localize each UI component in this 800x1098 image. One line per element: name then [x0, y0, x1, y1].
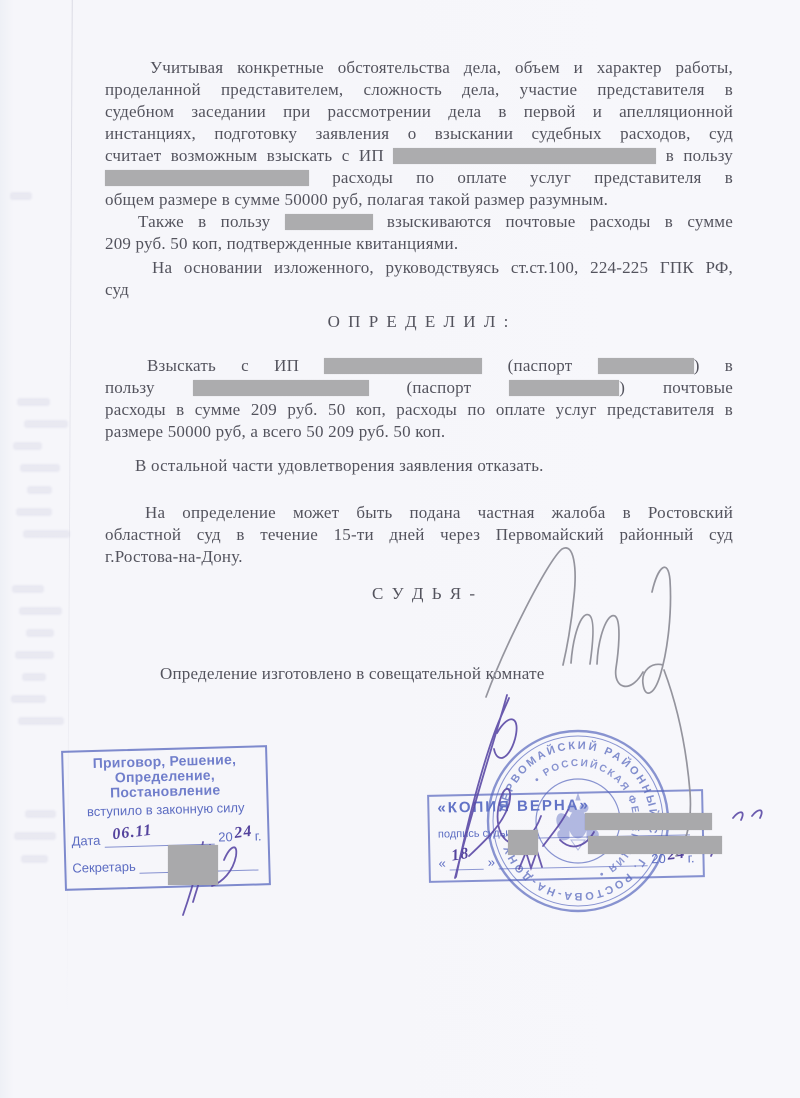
body-text: инстанциях, подготовку заявления о взыск… — [105, 124, 733, 143]
body-text: судебном заседании при рассмотрении дела… — [105, 102, 733, 121]
body-text: На определение может быть подана частная… — [145, 503, 733, 522]
body-line: г.Ростова-на-Дону. — [105, 547, 733, 567]
bleedthrough-mark — [19, 607, 62, 615]
day-blank-line: 18 — [450, 854, 484, 871]
bleedthrough-mark — [12, 585, 44, 593]
body-text: проделанной представителем, сложность де… — [105, 80, 733, 99]
redaction-box — [324, 358, 482, 374]
redaction-box — [168, 845, 218, 885]
date-label: Дата — [71, 833, 100, 849]
open-quote: « — [438, 856, 446, 871]
body-text: 209 руб. 50 коп, подтвержденные квитанци… — [105, 234, 458, 253]
body-text: Учитывая конкретные обстоятельства дела,… — [150, 58, 733, 77]
chamber-note-text: Определение изготовлено в совещательной … — [160, 664, 545, 683]
handwritten-day: 18 — [450, 845, 471, 866]
stamp-date-row: Дата 06.11 2024 г. — [71, 825, 261, 848]
body-text: считает возможным взыскать с ИП — [105, 146, 384, 165]
handwritten-date: 06.11 — [111, 822, 153, 844]
body-line: общем размере в сумме 50000 руб, полагая… — [105, 190, 733, 210]
redaction-box — [193, 380, 369, 396]
body-text: областной суд в течение 15-ти дней через… — [105, 525, 733, 544]
redaction-box — [588, 836, 722, 854]
body-text: в пользу — [666, 146, 733, 165]
bleedthrough-mark — [14, 832, 56, 840]
bleedthrough-mark — [17, 398, 50, 406]
body-text: (паспорт — [407, 378, 472, 397]
stamp-subtitle: вступило в законную силу — [71, 799, 261, 820]
handwritten-year: 24 — [234, 823, 254, 843]
year-prefix: 20 — [218, 829, 233, 844]
body-text: Также в пользу — [138, 212, 270, 231]
body-line: размере 50000 руб, а всего 50 209 руб. 5… — [105, 422, 733, 442]
bleedthrough-mark — [23, 530, 70, 538]
body-text: Взыскать с ИП — [147, 356, 299, 375]
body-line: В остальной части удовлетворения заявлен… — [105, 456, 733, 476]
scanned-court-order-page: Учитывая конкретные обстоятельства дела,… — [0, 0, 800, 1098]
body-text: размере 50000 руб, а всего 50 209 руб. 5… — [105, 422, 445, 441]
body-text: расходы в сумме 209 руб. 50 коп, расходы… — [105, 400, 733, 419]
redaction-box — [285, 214, 373, 230]
redaction-box — [105, 170, 309, 186]
year-suffix: г. — [255, 828, 262, 843]
bleedthrough-mark — [22, 673, 46, 681]
body-text: общем размере в сумме 50000 руб, полагая… — [105, 190, 608, 209]
body-text: суд — [105, 280, 129, 299]
redaction-box — [585, 813, 712, 830]
judge-label: С У Д Ь Я - — [372, 584, 672, 604]
bleedthrough-mark — [15, 651, 54, 659]
bleedthrough-mark — [27, 486, 52, 494]
redaction-box — [509, 380, 619, 396]
body-line: суд — [105, 280, 733, 300]
resolution-heading: О П Р Е Д Е Л И Л : — [105, 312, 733, 332]
redaction-box — [598, 358, 694, 374]
body-text: расходы по оплате услуг представителя в — [332, 168, 733, 187]
body-text: пользу — [105, 378, 155, 397]
body-text: (паспорт — [508, 356, 573, 375]
secretary-label: Секретарь — [72, 859, 136, 876]
body-text: ) в — [694, 356, 733, 375]
bleedthrough-mark — [24, 420, 68, 428]
entered-into-force-stamp: Приговор, Решение, Определение, Постанов… — [61, 745, 271, 891]
heading-text: О П Р Е Д Е Л И Л : — [328, 312, 511, 331]
redaction-box — [508, 830, 538, 855]
bleedthrough-mark — [13, 442, 42, 450]
page-fold-line — [66, 0, 73, 1055]
bleedthrough-mark — [10, 192, 32, 200]
redaction-box — [393, 148, 656, 164]
body-text: взыскиваются почтовые расходы в сумме — [387, 212, 733, 231]
bleedthrough-mark — [18, 717, 64, 725]
bleedthrough-mark — [26, 629, 54, 637]
bleedthrough-mark — [20, 464, 60, 472]
judge-label-text: С У Д Ь Я - — [372, 584, 477, 603]
body-text: г.Ростова-на-Дону. — [105, 547, 243, 566]
bleedthrough-mark — [25, 810, 56, 818]
signature-label: подпись судьи — [438, 827, 512, 841]
body-text: В остальной части удовлетворения заявлен… — [135, 456, 544, 475]
body-text: ) почтовые — [619, 378, 733, 397]
chamber-note: Определение изготовлено в совещательной … — [160, 664, 660, 684]
body-text: На основании изложенного, руководствуясь… — [152, 258, 733, 277]
bleedthrough-mark — [16, 508, 52, 516]
body-line: 209 руб. 50 коп, подтвержденные квитанци… — [105, 234, 733, 254]
bleedthrough-mark — [21, 855, 48, 863]
bleedthrough-mark — [11, 695, 46, 703]
close-quote: » — [488, 854, 496, 869]
